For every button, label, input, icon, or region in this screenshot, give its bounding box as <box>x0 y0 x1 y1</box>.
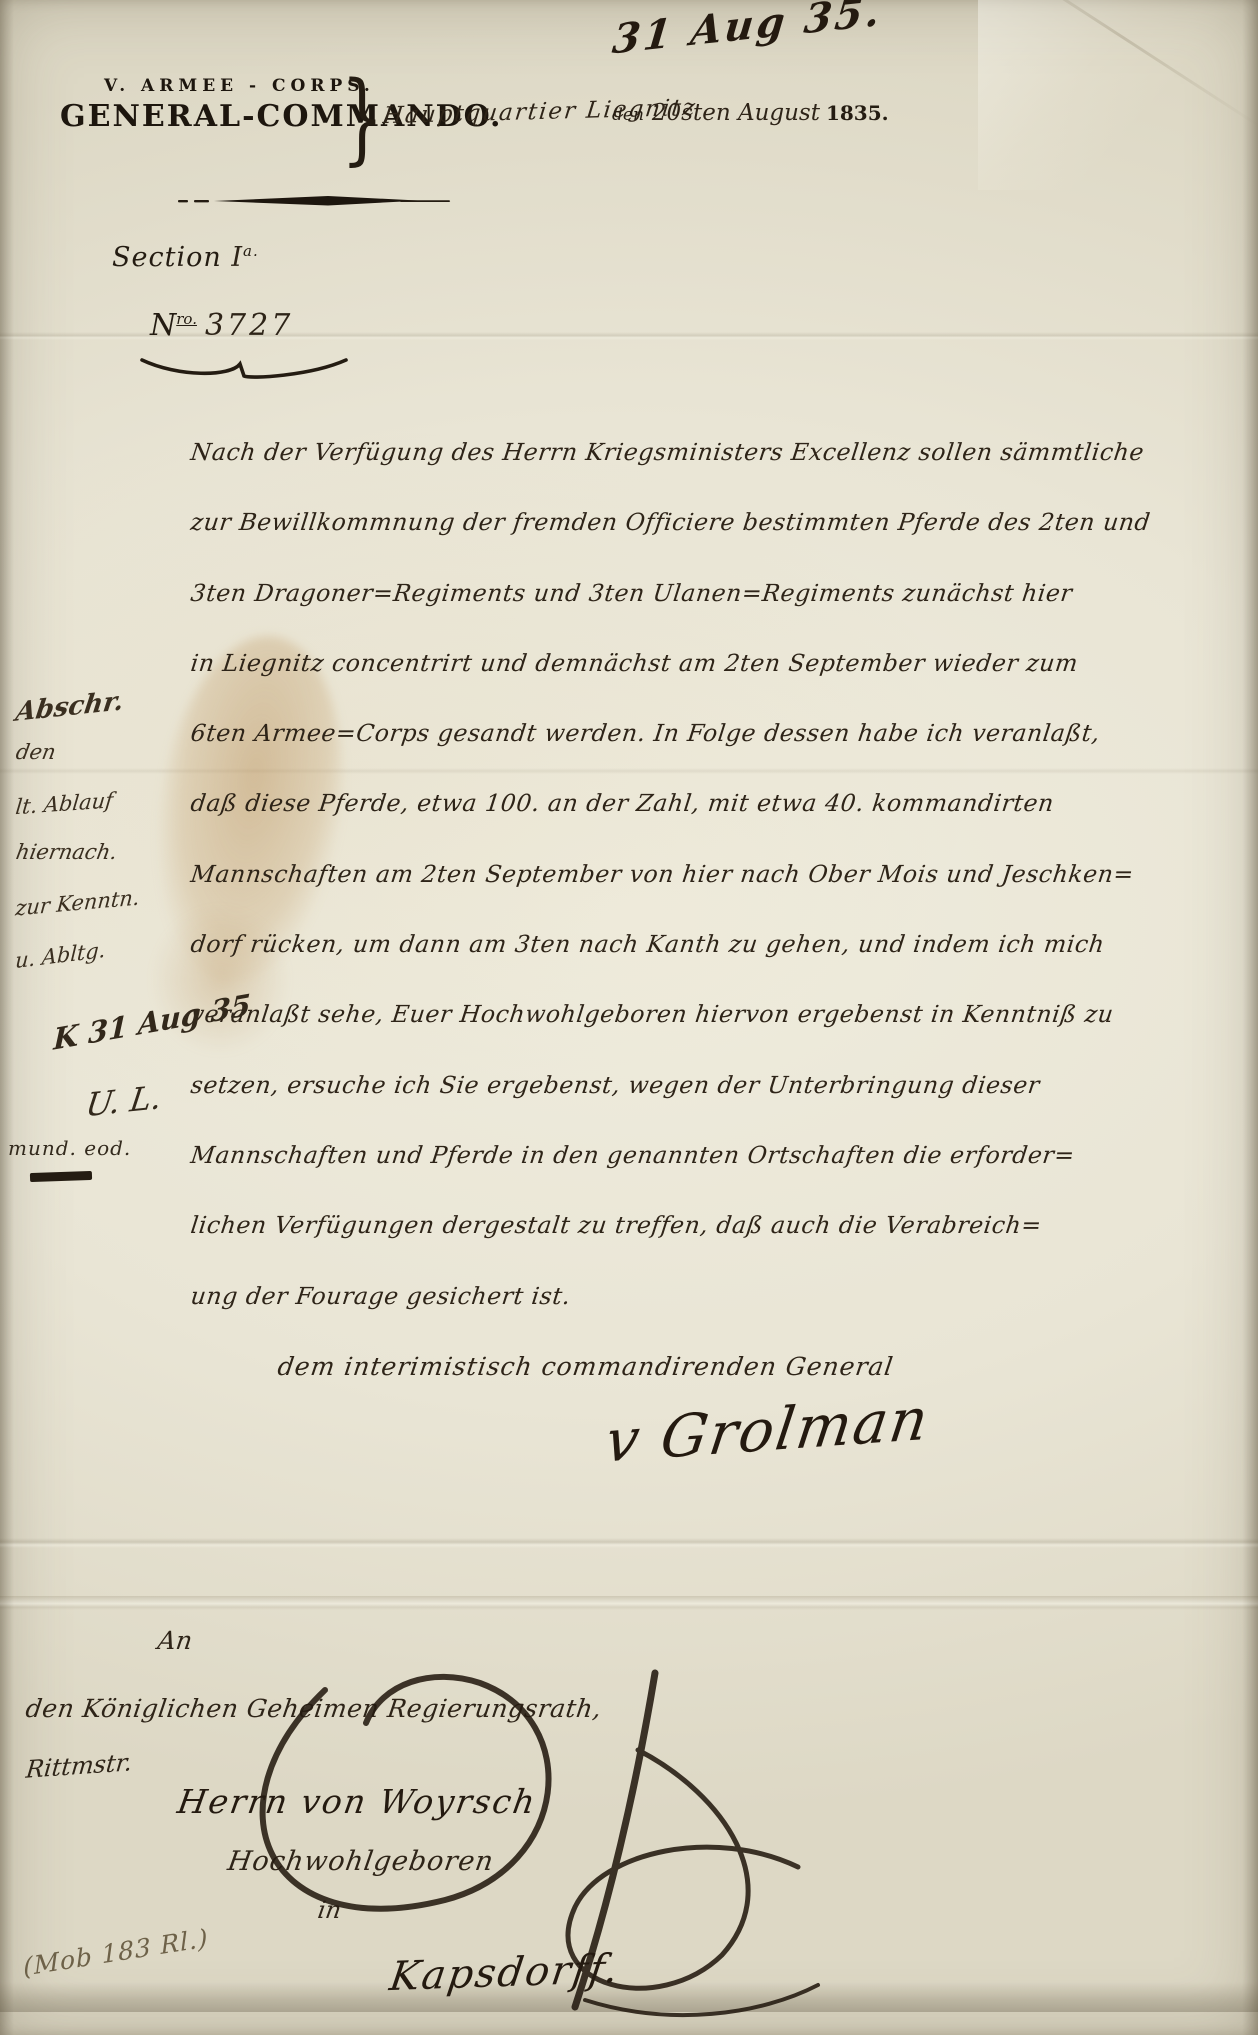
body-line: setzen, ersuche ich Sie ergebenst, wegen… <box>184 1071 993 1141</box>
corner-fold <box>978 0 1258 190</box>
body-line: 3ten Dragoner=Regiments und 3ten Ulanen=… <box>184 579 993 649</box>
paper-edge-shadow <box>0 0 14 2035</box>
date-handwritten: 20sten August <box>652 100 820 126</box>
closing-line: dem interimistisch commandirenden Genera… <box>276 1352 896 1381</box>
letterhead-brace: } <box>341 62 384 177</box>
body-text: Nach der Verfügung des Herrn Kriegsminis… <box>184 438 984 1352</box>
margin-notes: Abschr. den lt. Ablauf hiernach. zur Ken… <box>14 690 164 990</box>
address-recipient-title: den Königlichen Geheimen Regierungsrath, <box>24 1694 604 1723</box>
margin-note-line: hiernach. <box>10 840 169 890</box>
body-line: Mannschaften und Pferde in den genannten… <box>184 1141 993 1211</box>
number-n: N <box>150 308 176 343</box>
date-printed-year: 1835. <box>826 101 889 125</box>
fold-crease <box>0 1538 1258 1548</box>
body-line: Mannschaften am 2ten September von hier … <box>184 860 993 930</box>
section-label: Section Ia. <box>112 242 259 273</box>
body-line: ung der Fourage gesichert ist. <box>184 1282 993 1352</box>
fold-crease <box>0 1596 1258 1610</box>
section-numeral: I <box>231 242 243 273</box>
address-an: An <box>156 1626 194 1655</box>
section-word: Section <box>112 242 222 273</box>
margin-initials: U. L. <box>83 1078 164 1125</box>
body-line: daß diese Pferde, etwa 100. an der Zahl,… <box>184 789 993 859</box>
signature-v-grolman: v Grolman <box>602 1384 935 1475</box>
margin-note-line: Abschr. <box>11 682 167 749</box>
mundirt-underline <box>30 1171 92 1182</box>
number-superscript: ro. <box>176 310 197 328</box>
number-value: 3727 <box>205 308 293 343</box>
number-flourish <box>138 352 350 380</box>
address-honorific: Hochwohlgeboren <box>226 1846 497 1877</box>
body-line: in Liegnitz concentrirt und demnächst am… <box>184 649 993 719</box>
margin-note-line: lt. Ablauf <box>12 785 167 846</box>
mundirt-note: mund. eod. <box>8 1136 131 1160</box>
margin-note-line: den <box>10 740 169 790</box>
fold-crease <box>0 1982 1258 2012</box>
section-superscript: a. <box>243 242 259 260</box>
docket-date-note: 31 Aug 35. <box>610 0 885 64</box>
mob-registry-note: (Mob 183 Rl.) <box>22 1923 209 1981</box>
address-name-von-woyrsch: Herrn von Woyrsch <box>175 1782 540 1821</box>
date-line: den20sten August1835. <box>612 100 889 126</box>
paper-edge-shadow <box>1242 0 1258 2035</box>
body-line: dorf rücken, um dann am 3ten nach Kanth … <box>184 930 993 1000</box>
body-line: lichen Verfügungen dergestalt zu treffen… <box>184 1211 993 1281</box>
address-in-word: in <box>316 1896 344 1924</box>
body-line: 6ten Armee=Corps gesandt werden. In Folg… <box>184 719 993 789</box>
ornament-rule <box>178 194 453 208</box>
body-line: zur Bewillkommnung der fremden Officiere… <box>184 508 993 578</box>
address-rank: Rittmstr. <box>25 1748 134 1784</box>
body-line: veranlaßt sehe, Euer Hochwohlgeboren hie… <box>184 1000 993 1070</box>
date-printed-prefix: den <box>612 105 644 125</box>
address-place-kapsdorff: Kapsdorff. <box>387 1946 623 2000</box>
document-number: Nro.3727 <box>150 308 293 343</box>
letter-scan: 31 Aug 35. V. ARMEE - CORPS. GENERAL-COM… <box>0 0 1258 2035</box>
letterhead-corps: V. ARMEE - CORPS. <box>104 76 375 96</box>
body-line: Nach der Verfügung des Herrn Kriegsminis… <box>184 438 993 508</box>
